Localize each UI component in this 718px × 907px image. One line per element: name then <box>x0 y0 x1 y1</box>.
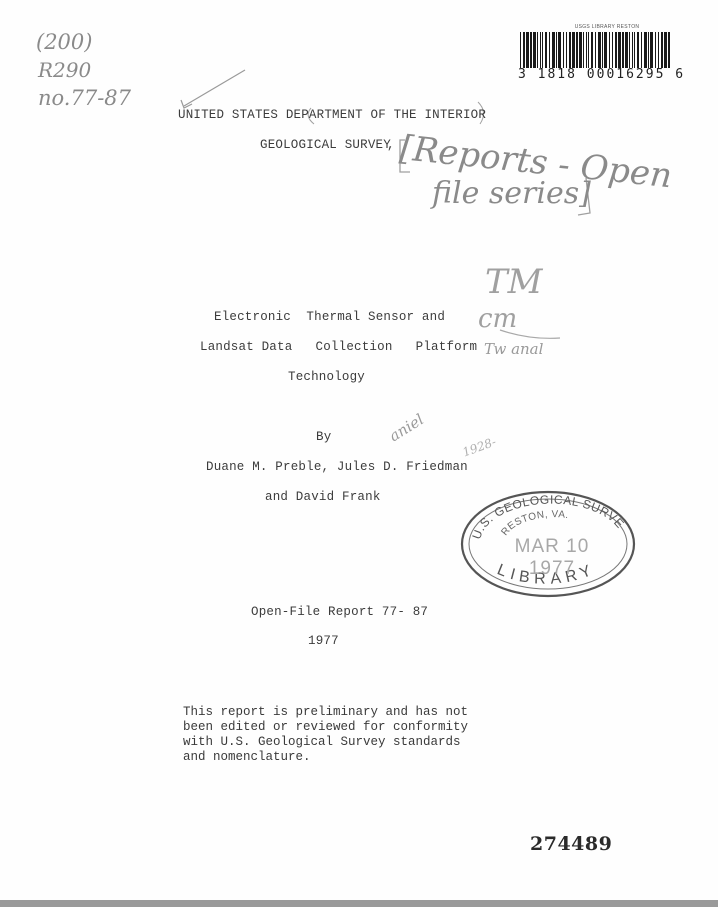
scan-bottom-edge <box>0 900 718 907</box>
agency-line-2: GEOLOGICAL SURVEY <box>260 138 391 152</box>
pencil-marks <box>0 0 718 900</box>
accession-number: 274489 <box>530 833 612 855</box>
report-year: 1977 <box>308 634 339 648</box>
agency-line-1: UNITED STATES DEPARTMENT OF THE INTERIOR <box>178 108 486 122</box>
report-number: Open-File Report 77- 87 <box>251 605 428 619</box>
barcode-bars <box>520 32 692 68</box>
title-line-1: Electronic Thermal Sensor and <box>214 310 445 324</box>
by-label: By <box>316 430 331 444</box>
barcode-number: 3 1818 00016295 6 <box>518 67 698 82</box>
handwritten-note-tm: TM <box>485 262 543 302</box>
title-line-3: Technology <box>288 370 365 384</box>
handwritten-note-tw-anal: Tw anal <box>484 340 543 358</box>
scanned-page: (200) R290 no.77-87 USGS LIBRARY RESTON … <box>0 0 718 900</box>
handwritten-series-note-2: file series] <box>432 176 591 211</box>
authors-line-2: and David Frank <box>265 490 381 504</box>
disclaimer-text: This report is preliminary and has not b… <box>183 705 493 765</box>
agency-comma: , <box>387 138 395 152</box>
authors-line-1: Duane M. Preble, Jules D. Friedman <box>206 460 468 474</box>
library-received-stamp: U.S. GEOLOGICAL SURVEY RESTON, VA. LIBRA… <box>458 488 638 600</box>
barcode-caption: USGS LIBRARY RESTON <box>512 24 702 30</box>
library-barcode: USGS LIBRARY RESTON 3 1818 00016295 6 <box>512 20 702 80</box>
handwritten-note-cm: cm <box>478 304 517 334</box>
stamp-date: MAR 10 1977 <box>502 536 602 580</box>
title-line-2: Landsat Data Collection Platform <box>200 340 477 354</box>
